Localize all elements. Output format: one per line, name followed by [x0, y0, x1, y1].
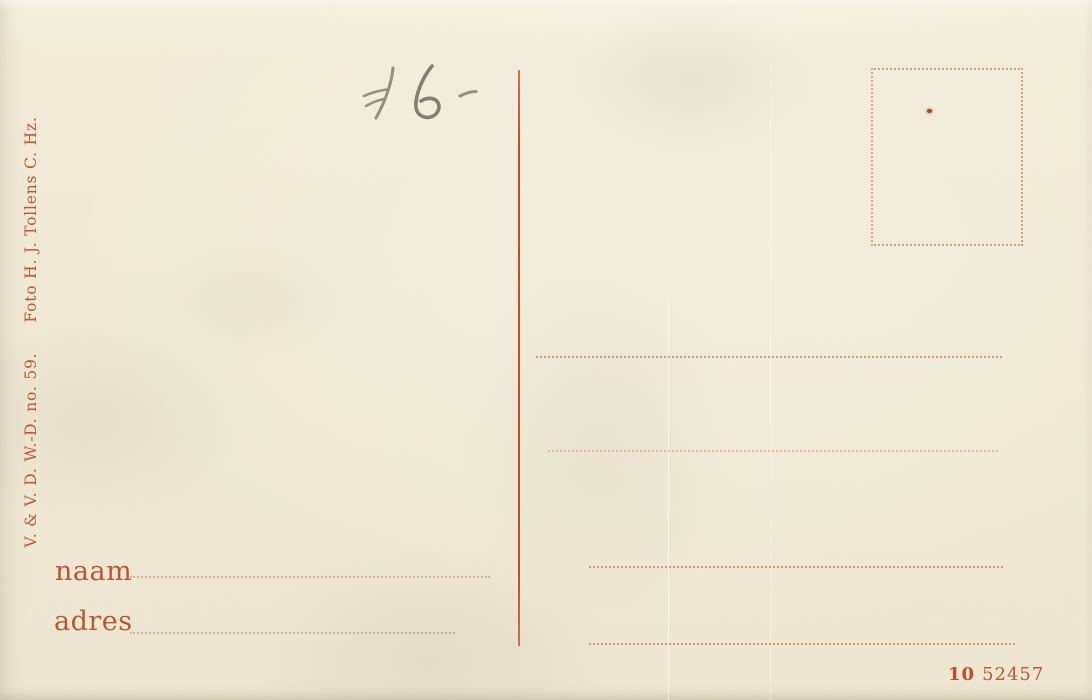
address-field-dotted-line — [130, 632, 455, 634]
postcard-scan: V. & V. D. W.-D. no. 59. Foto H. J. Toll… — [0, 0, 1092, 700]
serial-digits: 52457 — [982, 664, 1044, 685]
address-field-label: adres — [54, 606, 133, 637]
address-dotted-line-3 — [589, 566, 1003, 568]
address-dotted-line-1 — [536, 356, 1002, 358]
postcard-back: V. & V. D. W.-D. no. 59. Foto H. J. Toll… — [0, 0, 1092, 700]
paper-crease — [668, 300, 669, 700]
name-field-label: naam — [55, 556, 132, 587]
name-dotted-line — [130, 576, 490, 578]
stamp-box — [871, 68, 1023, 246]
photographer-credit-text: Foto H. J. Tollens C. Hz. — [22, 116, 40, 322]
publisher-imprint: V. & V. D. W.-D. no. 59. Foto H. J. Toll… — [22, 116, 40, 547]
serial-number: 1052457 — [948, 664, 1044, 685]
serial-prefix: 10 — [948, 664, 975, 685]
publisher-series-text: V. & V. D. W.-D. no. 59. — [22, 353, 40, 548]
pencil-price-annotation: f 6 - — [356, 58, 482, 134]
address-dotted-line-4 — [589, 643, 1015, 645]
paper-crease — [770, 60, 771, 700]
address-dotted-line-2 — [548, 450, 998, 452]
center-divider-line — [518, 70, 520, 646]
paper-fleck — [927, 109, 932, 113]
